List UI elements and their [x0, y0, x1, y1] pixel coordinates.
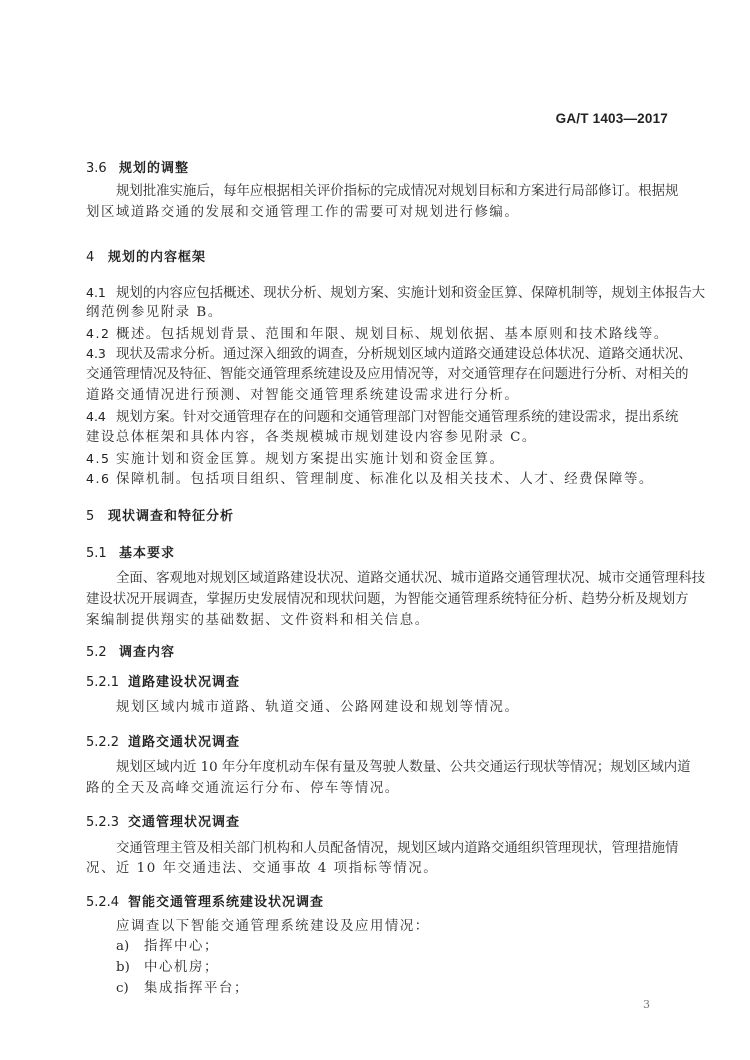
section-number: 5.2.2 [86, 735, 128, 750]
section-title: 规划的内容框架 [108, 250, 206, 265]
clause-text: 规划的内容应包括概述、现状分析、规划方案、实施计划和资金匡算、保障机制等，规划主… [116, 286, 705, 301]
list-item: b)中心机房； [116, 960, 219, 976]
section-heading-5-2-4: 5.2.4智能交通管理系统建设状况调查 [86, 891, 324, 910]
list-item-text: 中心机房； [144, 960, 219, 975]
clause-4-6-line: 4.6保障机制。包括项目组织、管理制度、标准化以及相关技术、人才、经费保障等。 [86, 471, 668, 487]
clause-4-3-line: 4.3现状及需求分析。通过深入细致的调查，分析规划区域内道路交通建设总体状况、道… [86, 346, 668, 362]
clause-number: 4.5 [86, 451, 116, 467]
section-number: 5.2.3 [86, 815, 128, 830]
section-number: 5 [86, 509, 108, 524]
paragraph-line: 建设状况开展调查，掌握历史发展情况和现状问题，为智能交通管理系统特征分析、趋势分… [86, 592, 668, 608]
paragraph-line: 规划批准实施后，每年应根据相关评价指标的完成情况对规划目标和方案进行局部修订。根… [116, 184, 668, 200]
paragraph-line: 规划区域内城市道路、轨道交通、公路网建设和规划等情况。 [116, 700, 668, 716]
clause-4-5-line: 4.5实施计划和资金匡算。规划方案提出实施计划和资金匡算。 [86, 451, 668, 467]
clause-number: 4.2 [86, 326, 116, 342]
section-title: 道路建设状况调查 [128, 675, 240, 690]
section-heading-5-2-1: 5.2.1道路建设状况调查 [86, 671, 240, 690]
section-number: 5.2.4 [86, 895, 128, 910]
clause-4-1-line: 纲范例参见附录 B。 [86, 305, 668, 321]
list-marker: b) [116, 960, 144, 976]
paragraph-line: 案编制提供翔实的基础数据、文件资料和相关信息。 [86, 613, 668, 629]
section-title: 规划的调整 [119, 161, 189, 176]
clause-4-2-line: 4.2概述。包括规划背景、范围和年限、规划目标、规划依据、基本原则和技术路线等。 [86, 326, 668, 342]
list-item: c)集成指挥平台； [116, 981, 249, 997]
section-heading-5: 5现状调查和特征分析 [86, 505, 234, 524]
clause-4-3-line: 交通管理情况及特征、智能交通管理系统建设及应用情况等，对交通管理存在问题进行分析… [86, 367, 668, 383]
list-marker: a) [116, 939, 144, 955]
section-heading-5-2-2: 5.2.2道路交通状况调查 [86, 731, 240, 750]
paragraph-line: 交通管理主管及相关部门机构和人员配备情况，规划区域内道路交通组织管理现状，管理措… [116, 841, 668, 857]
paragraph-line: 路的全天及高峰交通流运行分布、停车等情况。 [86, 781, 668, 797]
paragraph-line: 应调查以下智能交通管理系统建设及应用情况： [116, 919, 668, 935]
standard-number: GA/T 1403—2017 [556, 111, 668, 126]
clause-4-4-line: 4.4规划方案。针对交通管理存在的问题和交通管理部门对智能交通管理系统的建设需求… [86, 409, 668, 425]
clause-number: 4.1 [86, 285, 116, 301]
clause-number: 4.3 [86, 346, 116, 362]
section-number: 4 [86, 250, 108, 265]
section-number: 3.6 [86, 161, 119, 176]
list-marker: c) [116, 981, 144, 997]
clause-4-4-line: 建设总体框架和具体内容，各类规模城市规划建设内容参见附录 C。 [86, 430, 668, 446]
paragraph-line: 况、近 10 年交通违法、交通事故 4 项指标等情况。 [86, 861, 668, 877]
section-title: 智能交通管理系统建设状况调查 [128, 895, 324, 910]
clause-text: 实施计划和资金匡算。规划方案提出实施计划和资金匡算。 [116, 452, 504, 467]
section-number: 5.1 [86, 546, 119, 561]
clause-number: 4.4 [86, 409, 116, 425]
section-number: 5.2 [86, 645, 119, 660]
section-title: 基本要求 [119, 546, 175, 561]
section-heading-5-1: 5.1基本要求 [86, 542, 175, 561]
section-heading-5-2: 5.2调查内容 [86, 641, 175, 660]
clause-number: 4.6 [86, 471, 116, 487]
clause-text: 规划方案。针对交通管理存在的问题和交通管理部门对智能交通管理系统的建设需求，提出… [116, 410, 678, 425]
paragraph-line: 全面、客观地对规划区域道路建设状况、道路交通状况、城市道路交通管理状况、城市交通… [116, 571, 668, 587]
clause-text: 概述。包括规划背景、范围和年限、规划目标、规划依据、基本原则和技术路线等。 [116, 327, 669, 342]
list-item: a)指挥中心； [116, 939, 219, 955]
section-title: 现状调查和特征分析 [108, 509, 234, 524]
clause-4-1-line: 4.1规划的内容应包括概述、现状分析、规划方案、实施计划和资金匡算、保障机制等，… [86, 285, 668, 301]
clause-text: 现状及需求分析。通过深入细致的调查，分析规划区域内道路交通建设总体状况、道路交通… [116, 347, 692, 362]
paragraph-line: 规划区域内近 10 年分年度机动车保有量及驾驶人数量、公共交通运行现状等情况；规… [116, 760, 668, 776]
section-title: 交通管理状况调查 [128, 815, 240, 830]
paragraph-line: 划区域道路交通的发展和交通管理工作的需要可对规划进行修编。 [86, 205, 668, 221]
section-title: 调查内容 [119, 645, 175, 660]
section-heading-4: 4规划的内容框架 [86, 246, 206, 265]
section-title: 道路交通状况调查 [128, 735, 240, 750]
clause-4-3-line: 道路交通情况进行预测、对智能交通管理系统建设需求进行分析。 [86, 388, 668, 404]
section-number: 5.2.1 [86, 675, 128, 690]
list-item-text: 集成指挥平台； [144, 981, 249, 996]
clause-text: 保障机制。包括项目组织、管理制度、标准化以及相关技术、人才、经费保障等。 [116, 472, 654, 487]
list-item-text: 指挥中心； [144, 939, 219, 954]
document-page: GA/T 1403—2017 3.6规划的调整 规划批准实施后，每年应根据相关评… [0, 0, 750, 1060]
section-heading-3-6: 3.6规划的调整 [86, 157, 189, 176]
page-number: 3 [643, 998, 650, 1011]
section-heading-5-2-3: 5.2.3交通管理状况调查 [86, 811, 240, 830]
